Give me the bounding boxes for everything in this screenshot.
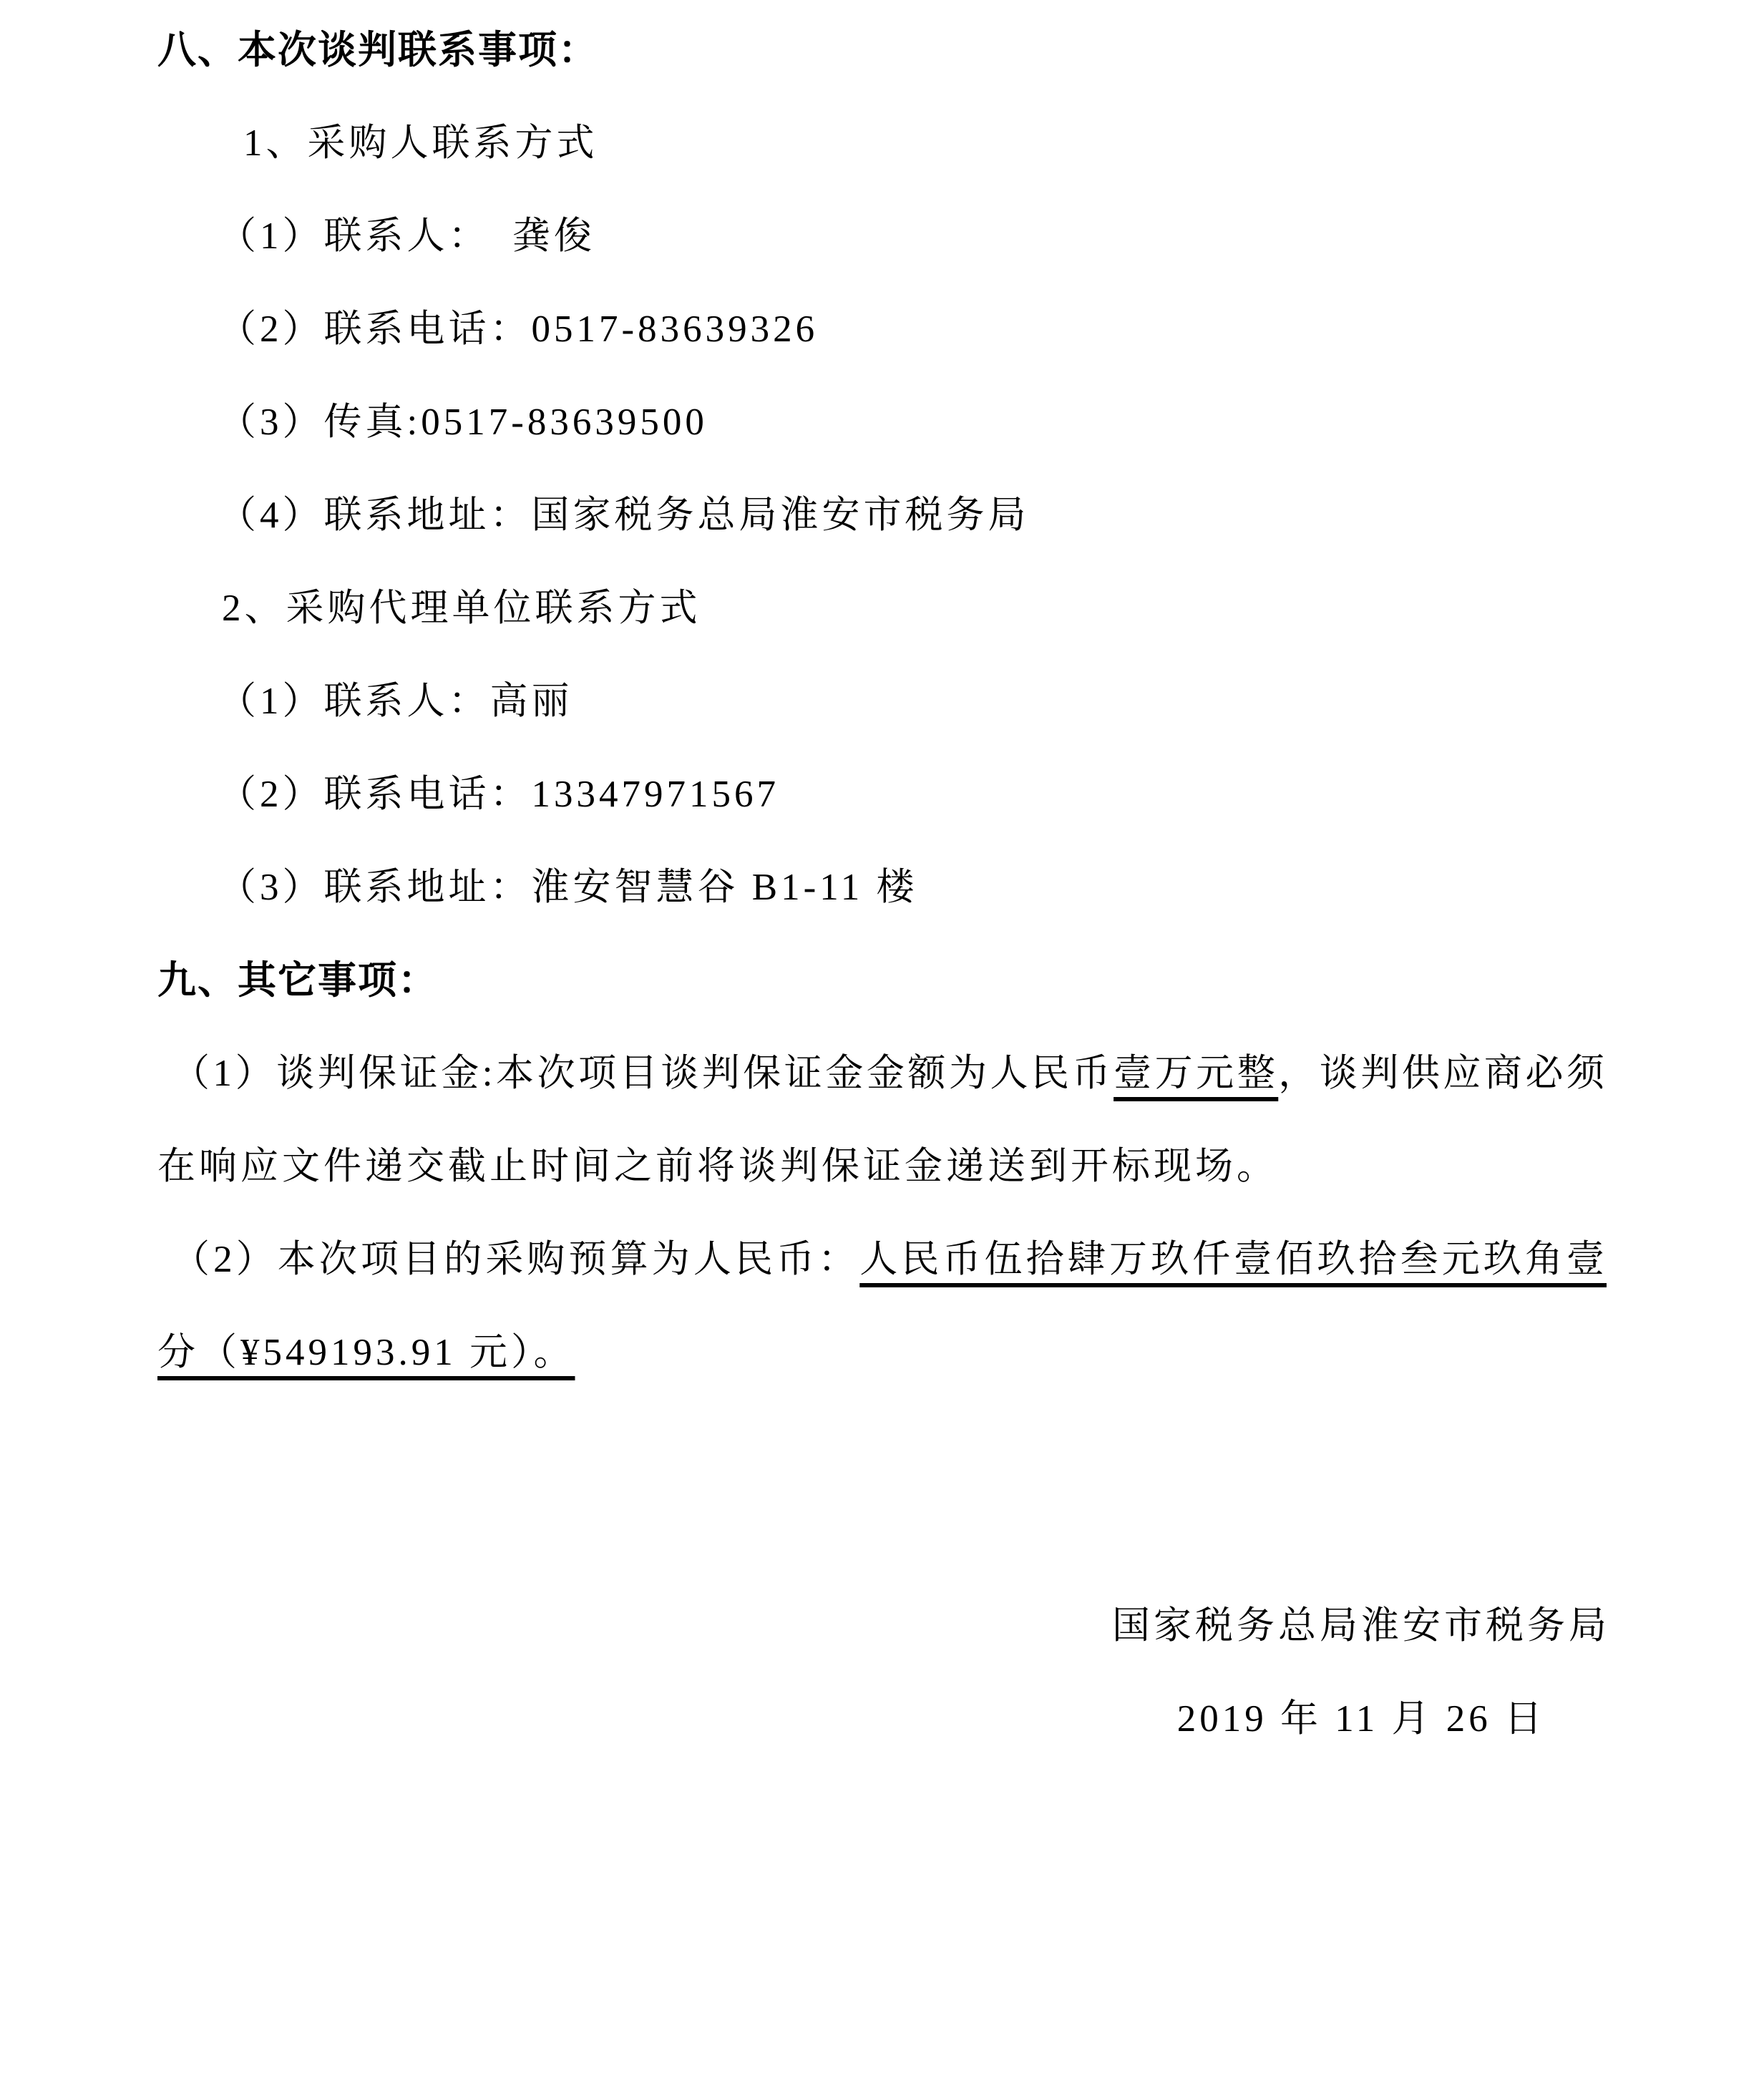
- deposit-amount-underlined: 壹万元整: [1114, 1053, 1278, 1094]
- agency-contact-phone: （2）联系电话：13347971567: [157, 748, 1764, 841]
- purchaser-contact-fax: （3）传真:0517-83639500: [157, 376, 1764, 469]
- section9-heading: 九、其它事项：: [157, 934, 1764, 1027]
- budget-amount-words-underlined: 人民币伍拾肆万玖仟壹佰玖拾叁元玖角壹: [859, 1239, 1607, 1280]
- purchaser-contact-title: 1、采购人联系方式: [157, 97, 1764, 190]
- budget-text-prefix: （2）本次项目的采购预算为人民币：: [172, 1239, 859, 1280]
- agency-contact-person: （1）联系人：高丽: [157, 655, 1764, 748]
- deposit-paragraph-line2: 在响应文件递交截止时间之前将谈判保证金递送到开标现场。: [157, 1120, 1764, 1213]
- agency-contact-address: （3）联系地址：淮安智慧谷 B1-11 楼: [157, 841, 1764, 934]
- purchaser-contact-address: （4）联系地址：国家税务总局淮安市税务局: [157, 469, 1764, 562]
- section8-heading: 八、本次谈判联系事项：: [157, 4, 1764, 97]
- purchaser-contact-person: （1）联系人： 龚俊: [157, 190, 1764, 283]
- deposit-text-prefix: （1）谈判保证金:本次项目谈判保证金金额为人民币: [172, 1053, 1114, 1094]
- agency-contact-title: 2、采购代理单位联系方式: [157, 562, 1764, 655]
- budget-paragraph-line1: （2）本次项目的采购预算为人民币：人民币伍拾肆万玖仟壹佰玖拾叁元玖角壹: [157, 1213, 1607, 1306]
- budget-amount-figures-underlined: 分（¥549193.91 元）。: [157, 1332, 575, 1373]
- deposit-text-suffix: ，谈判供应商必须: [1278, 1053, 1607, 1094]
- signature-date: 2019 年 11 月 26 日: [157, 1672, 1764, 1765]
- budget-paragraph-line2: 分（¥549193.91 元）。: [157, 1306, 1764, 1399]
- document-page: 八、本次谈判联系事项： 1、采购人联系方式 （1）联系人： 龚俊 （2）联系电话…: [0, 0, 1764, 2096]
- signature-organization: 国家税务总局淮安市税务局: [157, 1579, 1764, 1672]
- purchaser-contact-phone: （2）联系电话：0517-83639326: [157, 283, 1764, 376]
- blank-gap: [157, 1399, 1764, 1579]
- deposit-paragraph-line1: （1）谈判保证金:本次项目谈判保证金金额为人民币壹万元整，谈判供应商必须: [157, 1027, 1607, 1120]
